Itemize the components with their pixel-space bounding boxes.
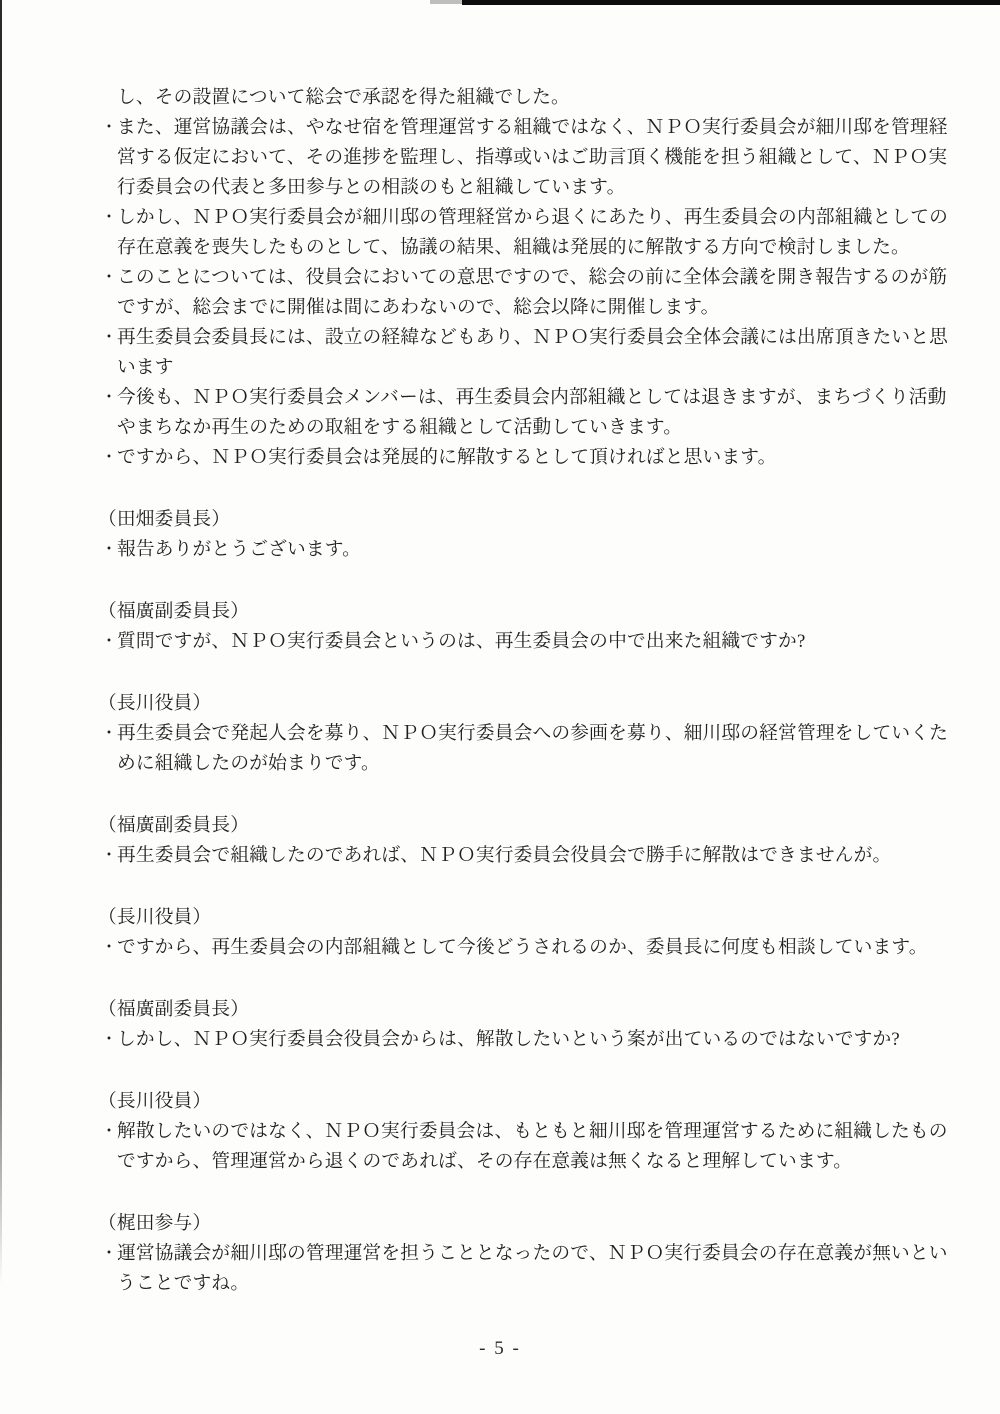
text-line: ・再生委員会で発起人会を募り、ＮＰＯ実行委員会への参画を募り、細川邸の経営管理を… (117, 719, 929, 749)
bullet-item: ・再生委員会委員長には、設立の経緯などもあり、ＮＰＯ実行委員会全体会議には出席頂… (117, 323, 929, 383)
bullet-item: ・また、運営協議会は、やなせ宿を管理運営する組織ではなく、ＮＰＯ実行委員会が細川… (117, 113, 929, 203)
bullet-item: ・しかし、ＮＰＯ実行委員会役員会からは、解散したいという案が出ているのではないで… (117, 1025, 929, 1055)
text-line: ・再生委員会で組織したのであれば、ＮＰＯ実行委員会役員会で勝手に解散はできません… (117, 841, 929, 871)
bullet-item: ・質問ですが、ＮＰＯ実行委員会というのは、再生委員会の中で出来た組織ですか? (117, 627, 929, 657)
bullet-item: ・再生委員会で組織したのであれば、ＮＰＯ実行委員会役員会で勝手に解散はできません… (117, 841, 929, 871)
bullet-item: ・今後も、ＮＰＯ実行委員会メンバーは、再生委員会内部組織としては退きますが、まち… (117, 383, 929, 443)
text-line: ですから、管理運営から退くのであれば、その存在意義は無くなると理解しています。 (117, 1147, 929, 1177)
speaker-label: （福廣副委員長） (98, 811, 929, 841)
speaker-label: （長川役員） (98, 1087, 929, 1117)
text-line: ・今後も、ＮＰＯ実行委員会メンバーは、再生委員会内部組織としては退きますが、まち… (117, 383, 929, 413)
text-line: います (117, 353, 929, 383)
text-line: 存在意義を喪失したものとして、協議の結果、組織は発展的に解散する方向で検討しまし… (117, 233, 929, 263)
bullet-item: ・ですから、ＮＰＯ実行委員会は発展的に解散するとして頂ければと思います。 (117, 443, 929, 473)
speaker-label: （福廣副委員長） (98, 597, 929, 627)
bullet-item: ・ですから、再生委員会の内部組織として今後どうされるのか、委員長に何度も相談して… (117, 933, 929, 963)
scan-artifact-top-edge (462, 0, 1000, 5)
bullet-item: ・報告ありがとうございます。 (117, 535, 929, 565)
bullet-marker: ・ (101, 1117, 117, 1147)
speaker-label: （福廣副委員長） (98, 995, 929, 1025)
text-line: めに組織したのが始まりです。 (117, 749, 929, 779)
bullet-marker: ・ (101, 323, 117, 353)
bullet-marker: ・ (101, 719, 117, 749)
text-line: ・しかし、ＮＰＯ実行委員会が細川邸の管理経営から退くにあたり、再生委員会の内部組… (117, 203, 929, 233)
bullet-item: ・再生委員会で発起人会を募り、ＮＰＯ実行委員会への参画を募り、細川邸の経営管理を… (117, 719, 929, 779)
text-line: ・ですから、ＮＰＯ実行委員会は発展的に解散するとして頂ければと思います。 (117, 443, 929, 473)
bullet-item: ・解散したいのではなく、ＮＰＯ実行委員会は、もともと細川邸を管理運営するために組… (117, 1117, 929, 1177)
text-line: ・しかし、ＮＰＯ実行委員会役員会からは、解散したいという案が出ているのではないで… (117, 1025, 929, 1055)
bullet-marker: ・ (101, 841, 117, 871)
text-line: 行委員会の代表と多田参与との相談のもと組織しています。 (117, 173, 929, 203)
text-line: ・報告ありがとうございます。 (117, 535, 929, 565)
text-line: やまちなか再生のための取組をする組織として活動していきます。 (117, 413, 929, 443)
text-line: ・運営協議会が細川邸の管理運営を担うこととなったので、ＮＰＯ実行委員会の存在意義… (117, 1239, 929, 1269)
bullet-marker: ・ (101, 1239, 117, 1269)
bullet-item: ・しかし、ＮＰＯ実行委員会が細川邸の管理経営から退くにあたり、再生委員会の内部組… (117, 203, 929, 263)
speaker-label: （長川役員） (98, 689, 929, 719)
document-page: し、その設置について総会で承認を得た組織でした。・また、運営協議会は、やなせ宿を… (0, 0, 1000, 1414)
text-line: ・また、運営協議会は、やなせ宿を管理運営する組織ではなく、ＮＰＯ実行委員会が細川… (117, 113, 929, 143)
bullet-marker: ・ (101, 113, 117, 143)
text-line: ・解散したいのではなく、ＮＰＯ実行委員会は、もともと細川邸を管理運営するために組… (117, 1117, 929, 1147)
text-line: 営する仮定において、その進捗を監理し、指導或いはご助言頂く機能を担う組織として、… (117, 143, 929, 173)
speaker-label: （長川役員） (98, 903, 929, 933)
text-line: ・質問ですが、ＮＰＯ実行委員会というのは、再生委員会の中で出来た組織ですか? (117, 627, 929, 657)
bullet-marker: ・ (101, 1025, 117, 1055)
bullet-marker: ・ (101, 443, 117, 473)
scan-artifact-left-edge (0, 0, 2, 1285)
document-body: し、その設置について総会で承認を得た組織でした。・また、運営協議会は、やなせ宿を… (117, 83, 929, 1299)
text-line: し、その設置について総会で承認を得た組織でした。 (117, 83, 929, 113)
speaker-label: （梶田参与） (98, 1209, 929, 1239)
continuation-paragraph: し、その設置について総会で承認を得た組織でした。 (117, 83, 929, 113)
text-line: ・このことについては、役員会においての意思ですので、総会の前に全体会議を開き報告… (117, 263, 929, 293)
bullet-item: ・このことについては、役員会においての意思ですので、総会の前に全体会議を開き報告… (117, 263, 929, 323)
speaker-label: （田畑委員長） (98, 505, 929, 535)
bullet-marker: ・ (101, 933, 117, 963)
bullet-item: ・運営協議会が細川邸の管理運営を担うこととなったので、ＮＰＯ実行委員会の存在意義… (117, 1239, 929, 1299)
bullet-marker: ・ (101, 535, 117, 565)
bullet-marker: ・ (101, 383, 117, 413)
bullet-marker: ・ (101, 203, 117, 233)
page-number: - 5 - (0, 1338, 1000, 1360)
bullet-marker: ・ (101, 263, 117, 293)
text-line: ・再生委員会委員長には、設立の経緯などもあり、ＮＰＯ実行委員会全体会議には出席頂… (117, 323, 929, 353)
text-line: ・ですから、再生委員会の内部組織として今後どうされるのか、委員長に何度も相談して… (117, 933, 929, 963)
text-line: ですが、総会までに開催は間にあわないので、総会以降に開催します。 (117, 293, 929, 323)
scan-artifact-top-fade (430, 0, 464, 4)
bullet-marker: ・ (101, 627, 117, 657)
text-line: うことですね。 (117, 1269, 929, 1299)
